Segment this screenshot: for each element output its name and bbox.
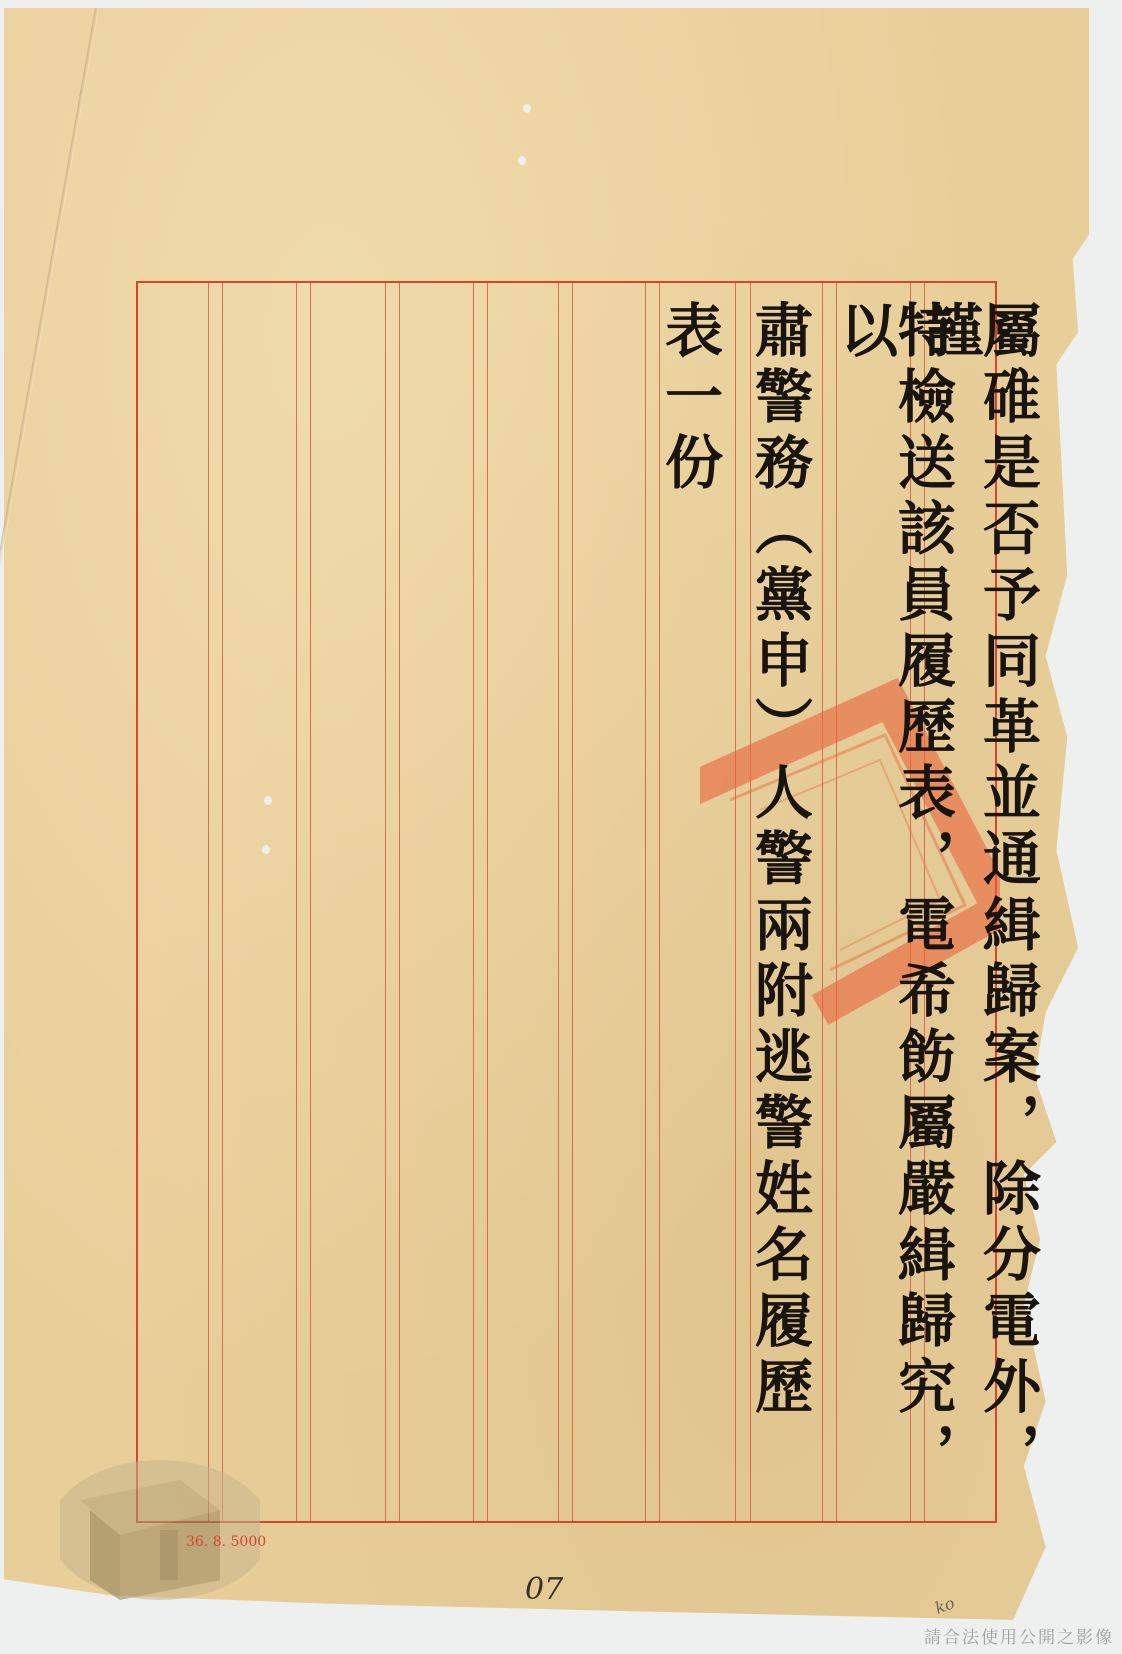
column-rule xyxy=(487,283,488,1521)
column-rule xyxy=(310,283,311,1521)
column-rule xyxy=(399,283,400,1521)
column-rule xyxy=(385,283,386,1521)
column-rule xyxy=(572,283,573,1521)
punch-hole xyxy=(523,104,531,113)
watermark-text: 請合法使用公開之影像 xyxy=(924,1623,1114,1648)
column-rule xyxy=(222,283,223,1521)
text-column-3: 肅警務（黨申）人警兩附逃警姓名履歷 xyxy=(750,300,808,1510)
column-rule xyxy=(558,283,559,1521)
column-rule xyxy=(822,283,823,1521)
text-column-4: 表一份 xyxy=(660,300,718,500)
text-column-2: 特檢送該員履歷表，電希飭屬嚴緝歸究，以 xyxy=(835,300,951,1510)
column-rule xyxy=(208,283,209,1521)
punch-hole xyxy=(518,156,526,165)
printed-form-code: 36. 8. 5000 xyxy=(186,1534,266,1550)
page-number: 07 xyxy=(525,1572,563,1607)
column-rule xyxy=(735,283,736,1521)
column-rule xyxy=(645,283,646,1521)
column-rule xyxy=(473,283,474,1521)
archive-logo-icon xyxy=(60,1440,260,1600)
column-rule xyxy=(296,283,297,1521)
